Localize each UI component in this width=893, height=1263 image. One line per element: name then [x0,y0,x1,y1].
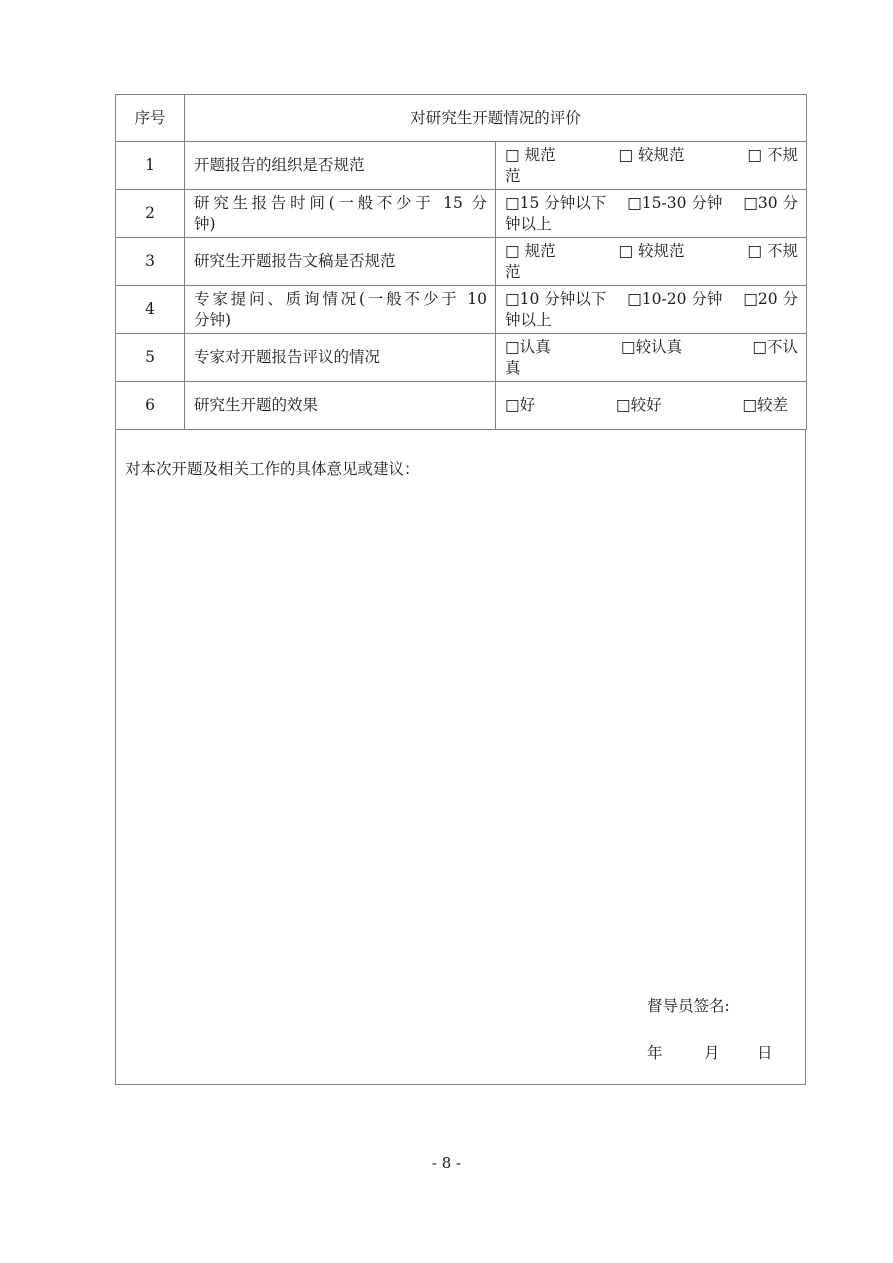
table-row: 5 专家对开题报告评议的情况 □认真 □较认真 □不认 真 [116,334,807,382]
row-number: 5 [116,334,185,382]
option-wrap-text: 范 [505,262,798,283]
row-item-text: 研究生开题的效果 [194,395,487,416]
row-item-text: 研究生开题报告文稿是否规范 [194,251,487,272]
row-options: □认真 □较认真 □不认 真 [496,334,807,382]
comments-section: 对本次开题及相关工作的具体意见或建议： 督导员签名: 年 月 日 [115,430,806,1085]
option-checkbox[interactable]: □不认 [752,337,798,358]
table-row: 1 开题报告的组织是否规范 □ 规范 □ 较规范 □ 不规 范 [116,142,807,190]
table-row: 6 研究生开题的效果 □好 □较好 □较差 [116,382,807,430]
row-number: 4 [116,286,185,334]
table-row: 3 研究生开题报告文稿是否规范 □ 规范 □ 较规范 □ 不规 范 [116,238,807,286]
row-options: □15 分钟以下 □15-30 分钟 □30 分 钟以上 [496,190,807,238]
table-row: 2 研究生报告时间(一般不少于 15 分 钟) □15 分钟以下 □15-30 … [116,190,807,238]
supervisor-signature-label: 督导员签名: [647,994,730,1016]
row-item-text: 开题报告的组织是否规范 [194,155,487,176]
row-options: □ 规范 □ 较规范 □ 不规 范 [496,238,807,286]
option-checkbox[interactable]: □30 分 [743,193,798,214]
option-wrap-text: 钟以上 [505,310,798,331]
option-checkbox[interactable]: □认真 [505,337,551,358]
row-item-text: 专家对开题报告评议的情况 [194,347,487,368]
option-wrap-text: 钟以上 [505,214,798,235]
row-item: 开题报告的组织是否规范 [185,142,496,190]
header-serial-number: 序号 [116,95,185,142]
row-item: 研究生开题报告文稿是否规范 [185,238,496,286]
option-checkbox[interactable]: □10-20 分钟 [627,289,722,310]
row-number: 3 [116,238,185,286]
row-number: 1 [116,142,185,190]
option-checkbox[interactable]: □较认真 [621,337,682,358]
row-number: 6 [116,382,185,430]
signature-date: 年 月 日 [647,1041,773,1063]
option-checkbox[interactable]: □10 分钟以下 [505,289,606,310]
row-number: 2 [116,190,185,238]
row-options: □ 规范 □ 较规范 □ 不规 范 [496,142,807,190]
option-wrap-text: 范 [505,166,798,187]
page-number: - 8 - [0,1154,893,1172]
option-checkbox[interactable]: □20 分 [743,289,798,310]
option-checkbox[interactable]: □ 不规 [747,241,798,262]
row-item: 专家提问、质询情况(一般不少于 10 分钟) [185,286,496,334]
option-checkbox[interactable]: □好 [505,395,535,416]
option-checkbox[interactable]: □15 分钟以下 [505,193,606,214]
row-item-text: 研究生报告时间(一般不少于 15 分 [194,193,487,214]
option-checkbox[interactable]: □ 较规范 [618,145,684,166]
header-evaluation-title: 对研究生开题情况的评价 [185,95,807,142]
option-checkbox[interactable]: □较好 [616,395,662,416]
row-item: 专家对开题报告评议的情况 [185,334,496,382]
evaluation-table: 序号 对研究生开题情况的评价 1 开题报告的组织是否规范 □ 规范 □ 较规范 … [115,94,807,430]
row-options: □好 □较好 □较差 [496,382,807,430]
option-wrap-text: 真 [505,358,798,379]
row-item: 研究生开题的效果 [185,382,496,430]
table-header-row: 序号 对研究生开题情况的评价 [116,95,807,142]
row-item-text-line2: 分钟) [194,310,487,331]
option-checkbox[interactable]: □ 不规 [747,145,798,166]
row-item-text: 专家提问、质询情况(一般不少于 10 [194,289,487,310]
option-checkbox[interactable]: □15-30 分钟 [627,193,722,214]
option-checkbox[interactable]: □ 规范 [505,145,556,166]
option-checkbox[interactable]: □ 规范 [505,241,556,262]
row-item: 研究生报告时间(一般不少于 15 分 钟) [185,190,496,238]
date-year-label: 年 [647,1041,704,1063]
row-item-text-line2: 钟) [194,214,487,235]
option-checkbox[interactable]: □ 较规范 [618,241,684,262]
date-day-label: 日 [757,1041,773,1063]
document-page: 序号 对研究生开题情况的评价 1 开题报告的组织是否规范 □ 规范 □ 较规范 … [0,0,893,1263]
row-options: □10 分钟以下 □10-20 分钟 □20 分 钟以上 [496,286,807,334]
comments-label: 对本次开题及相关工作的具体意见或建议： [125,457,420,479]
date-month-label: 月 [704,1041,757,1063]
table-row: 4 专家提问、质询情况(一般不少于 10 分钟) □10 分钟以下 □10-20… [116,286,807,334]
option-checkbox[interactable]: □较差 [742,395,788,416]
